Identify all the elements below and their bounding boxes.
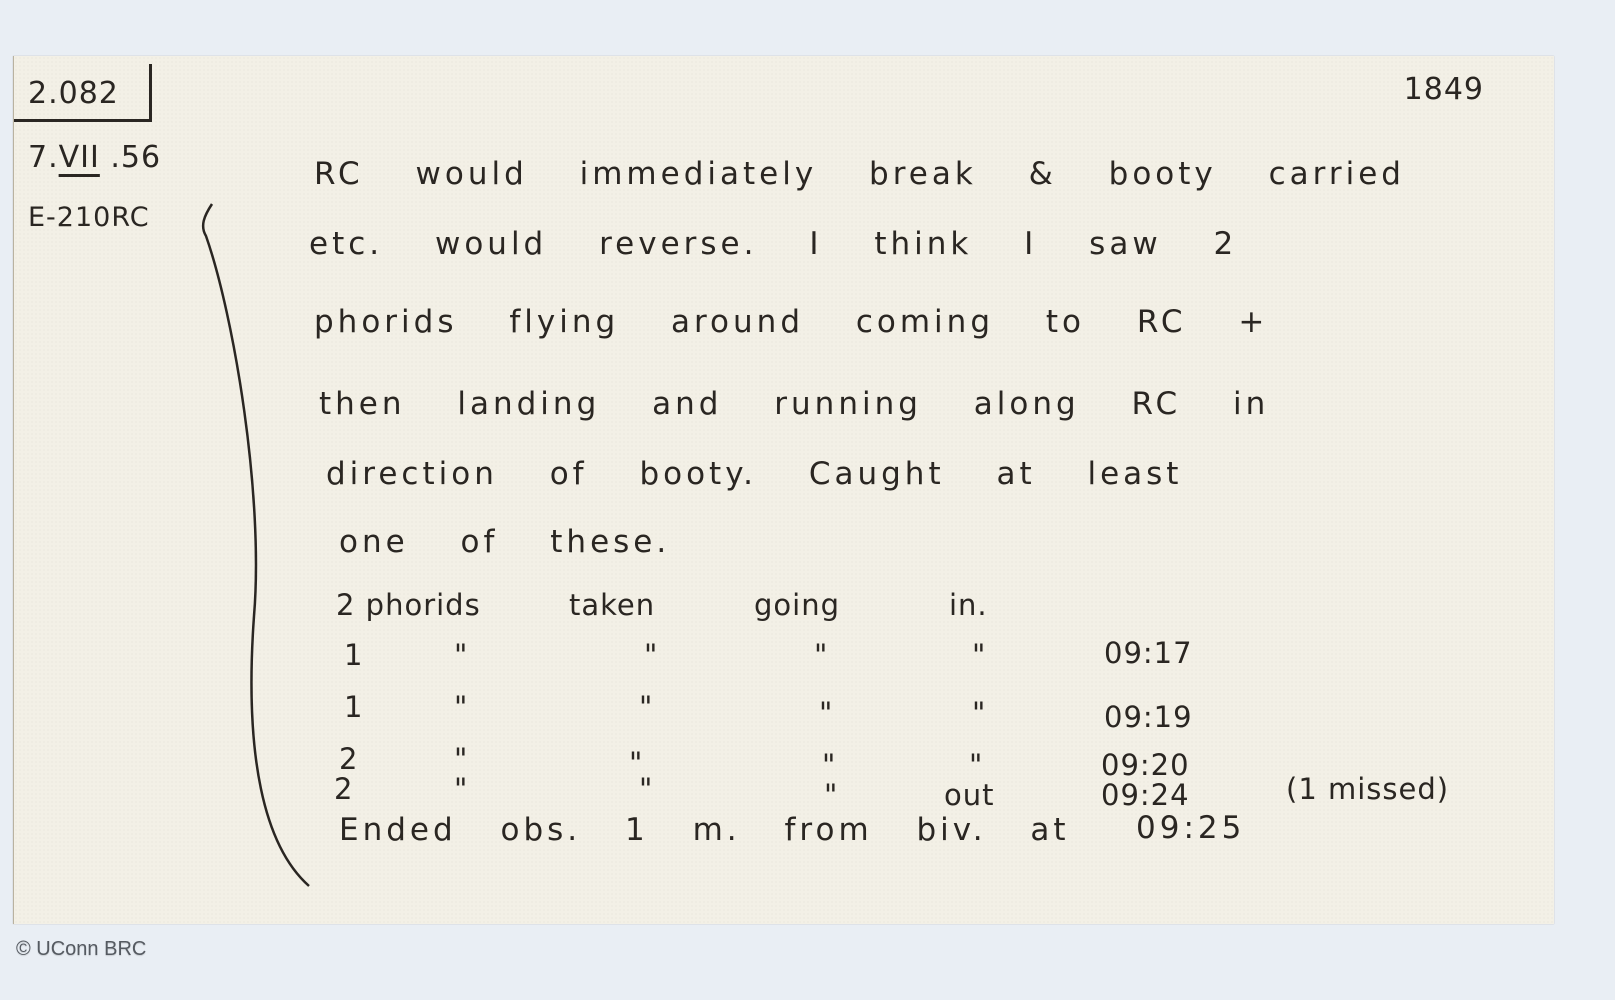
- station-code: E-210RC: [28, 202, 150, 233]
- card-number: 1849: [1404, 72, 1484, 107]
- margin-bracket-line: [194, 196, 334, 896]
- end-time: 09:25: [1136, 810, 1245, 846]
- observation-date: 7.VII .56: [28, 140, 161, 175]
- time-value: 09:19: [1104, 700, 1193, 734]
- date-month: VII: [59, 140, 100, 175]
- narrative-line: one of these.: [339, 524, 670, 560]
- narrative-line: RC would immediately break & booty carri…: [314, 156, 1405, 192]
- field-note-card: 2.082 7.VII .56 E-210RC 1849 RC would im…: [13, 56, 1554, 924]
- time-value: 09:17: [1104, 636, 1193, 670]
- missed-note: (1 missed): [1286, 772, 1449, 806]
- copyright-notice: © UConn BRC: [16, 938, 146, 961]
- time-value: 09:20: [1101, 748, 1190, 782]
- narrative-line: phorids flying around coming to RC +: [314, 304, 1268, 340]
- narrative-line: direction of booty. Caught at least: [326, 456, 1182, 492]
- time-value: 09:24: [1101, 778, 1190, 812]
- catalog-number: 2.082: [28, 76, 119, 111]
- narrative-line: then landing and running along RC in: [319, 386, 1269, 422]
- catalog-number-box: 2.082: [14, 64, 152, 122]
- narrative-line: etc. would reverse. I think I saw 2: [309, 226, 1237, 262]
